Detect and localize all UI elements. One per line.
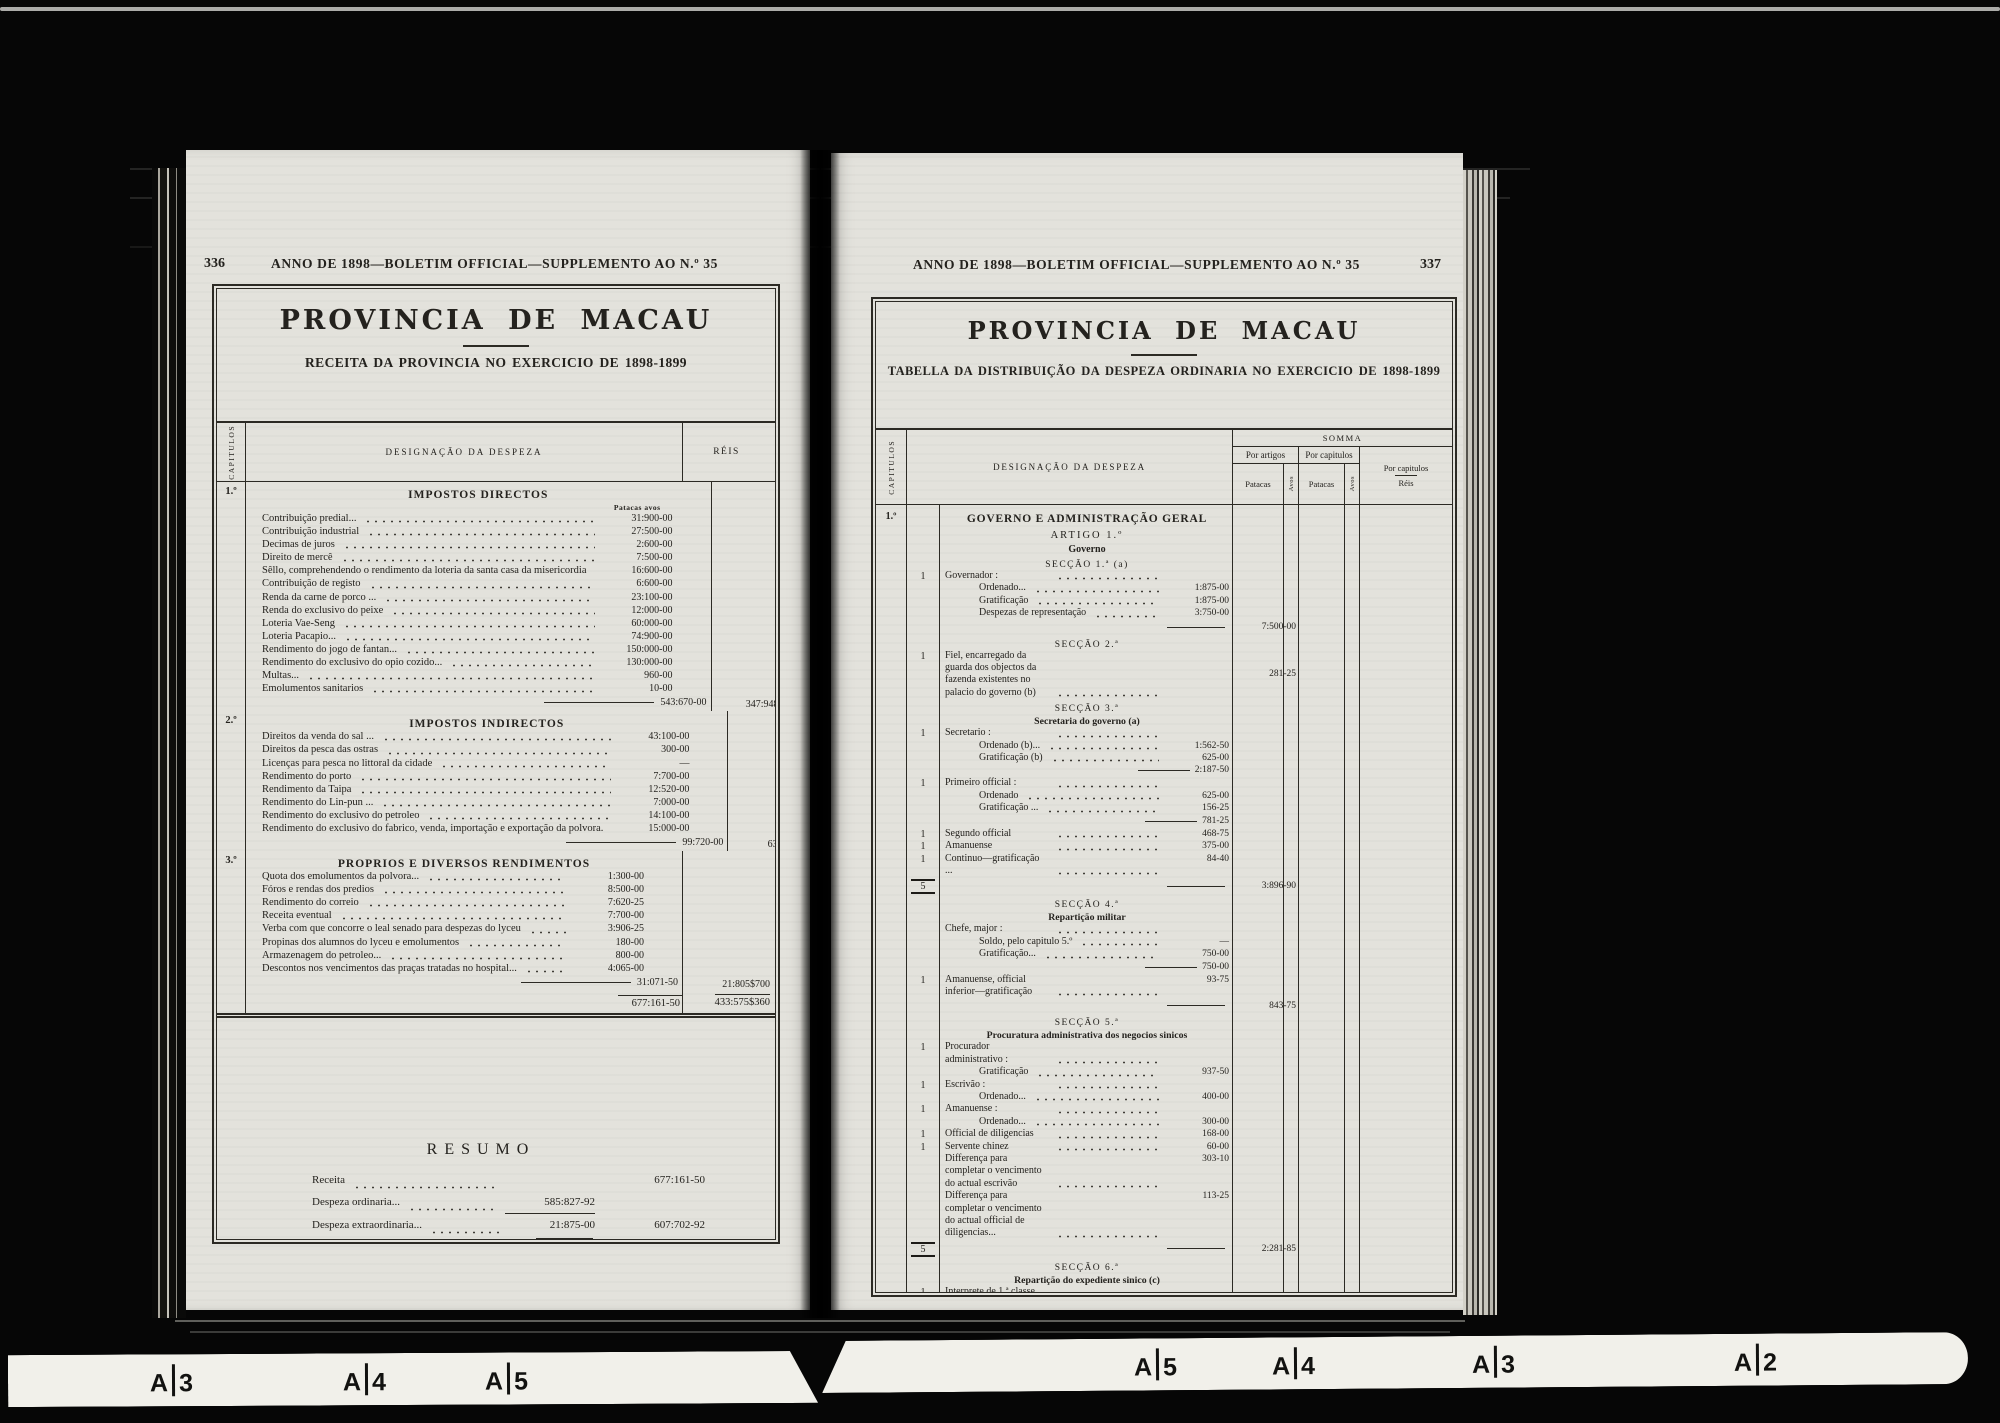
line-item-label: Direitos da venda do sal ...	[262, 730, 374, 743]
ruler-mark-tick	[1156, 1348, 1159, 1380]
entry-line: Primeiro official :	[945, 777, 1229, 789]
capitulos-header: CAPITULOS	[887, 440, 896, 495]
dot-leaders	[1056, 1231, 1159, 1238]
line-item-label: Rendimento do exclusivo do petroleo	[262, 809, 419, 822]
avos-cell	[1283, 777, 1298, 827]
section-total-rule	[1167, 886, 1225, 887]
avos-cell	[1283, 923, 1298, 973]
chapter-block: 1.ºIMPOSTOS DIRECTOSPatacas avosContribu…	[217, 482, 775, 711]
por-capitulos-cell	[1298, 699, 1344, 727]
entry-label: Fiel, encarregado da guarda dos objectos…	[945, 650, 1048, 700]
entry-count: 1	[907, 1142, 939, 1153]
entry-subtotal-value: 750-00	[1202, 961, 1229, 974]
avos-cell	[1283, 727, 1298, 777]
entry-row: 1Continuo—gratificação ...84-40	[907, 853, 1452, 878]
text-cell: Differença para completar o vencimento d…	[939, 1153, 1233, 1190]
por-artigos-group: Por artigos Patacas Avos	[1233, 447, 1298, 504]
por-capitulos-cell	[1298, 777, 1344, 827]
line-item: Quota dos emolumentos da polvora...1:300…	[250, 870, 678, 883]
text-cell: Official de diligencias168-00	[939, 1128, 1233, 1140]
dot-leaders	[1046, 806, 1159, 813]
grand-total-row: 677:161-50 433:575$360	[217, 991, 775, 1018]
receita-table: CAPITULOS DESIGNAÇÃO DA DESPEZA RÉIS 1.º…	[217, 421, 775, 1018]
por-artigos-cell	[1233, 895, 1283, 923]
line-item-label: Rendimento do jogo de fantan...	[262, 643, 397, 656]
reis-cell	[1359, 620, 1452, 635]
reis-cell	[1359, 1258, 1452, 1286]
por-capitulos-cell	[1298, 1013, 1344, 1041]
content-frame-inner: PROVINCIA DE MACAU RECEITA DA PROVINCIA …	[216, 288, 776, 1240]
chapter-heading-row: GOVERNO E ADMINISTRAÇÃO GERAL ARTIGO 1.º…	[907, 505, 1452, 555]
entry-row: 1Secretario :Ordenado (b)...1:562-50Grat…	[907, 727, 1452, 777]
line-item: Propinas dos alumnos do lyceu e emolumen…	[250, 936, 678, 949]
line-item-label: Contribuição industrial	[262, 525, 359, 538]
entry-count: 1	[907, 778, 939, 789]
por-artigos-cell	[1233, 1286, 1283, 1293]
header-dash	[1395, 475, 1417, 476]
line-item-label: Fóros e rendas dos predios	[262, 883, 374, 896]
section-heading-row: SECÇÃO 1.ª (a)	[907, 555, 1452, 570]
line-item-value: 12:000-00	[601, 604, 707, 617]
entry-sublines: Ordenado...300-00	[945, 1116, 1229, 1128]
entry-subline: Ordenado...300-00	[979, 1116, 1229, 1128]
count-cell: 1	[907, 1286, 939, 1293]
line-item-label: Emolumentos sanitarios	[262, 682, 363, 695]
count-cell: 1	[907, 1141, 939, 1153]
line-item-label: Renda do exclusivo do peixe	[262, 604, 383, 617]
reis-label: Réis	[1398, 478, 1413, 488]
ruler-mark: A3	[1472, 1346, 1515, 1380]
line-item: Rendimento do Lin-pun ...7:000-00	[250, 796, 723, 809]
avos-cell	[1283, 555, 1298, 570]
count-cell: 1	[907, 727, 939, 777]
entry-label: Official de diligencias	[945, 1128, 1048, 1140]
line-item-label: Loteria Vae-Seng	[262, 617, 335, 630]
entry-line: Fiel, encarregado da guarda dos objectos…	[945, 650, 1229, 700]
book-page-edges-right	[1463, 170, 1497, 1315]
por-artigos-cell	[1233, 635, 1283, 650]
ruler-mark-number: 5	[1163, 1353, 1177, 1381]
entry-line: Segundo official468-75	[945, 828, 1229, 840]
chapter-number: 1.º	[886, 511, 897, 522]
entry-line: Amanuense, official inferior—gratificaçã…	[945, 974, 1229, 999]
text-cell: SECÇÃO 6.ªRepartição do expediente sinic…	[939, 1258, 1233, 1286]
entry-value: 113-25	[1165, 1190, 1229, 1202]
por-capitulos-cell	[1298, 650, 1344, 700]
por-capitulos-subheaders: Patacas Avos	[1299, 464, 1359, 504]
dot-leaders	[450, 660, 594, 667]
text-cell: Differença para completar o vencimento d…	[939, 1190, 1233, 1240]
saldo-line: Saldo 69:758-58	[257, 1238, 705, 1240]
entry-row: 1Interprete de 1.ª classe, chefe :Ordena…	[907, 1286, 1452, 1293]
por-capitulos-reis-group: Por capitulos Réis	[1359, 447, 1452, 504]
count-cell: 1	[907, 1103, 939, 1128]
document-subtitle: RECEITA DA PROVINCIA NO EXERCICIO DE 189…	[217, 355, 775, 371]
line-item: Renda do exclusivo do peixe12:000-00	[250, 604, 707, 617]
dot-leaders	[1056, 868, 1159, 875]
document-title: PROVINCIA DE MACAU	[876, 316, 1452, 345]
text-cell: Amanuense, official inferior—gratificaçã…	[939, 974, 1233, 999]
por-capitulos-cell	[1298, 555, 1344, 570]
por-capitulos-cell	[1298, 853, 1344, 878]
ruler-mark-tick	[1756, 1344, 1759, 1376]
por-capitulos-cell	[1298, 923, 1344, 973]
dot-leaders	[389, 953, 566, 960]
currency-note: Patacas avos	[250, 503, 707, 512]
subline-value: 937-50	[1165, 1066, 1229, 1078]
avos-cell	[1283, 1079, 1298, 1104]
chapter-reis-cell: 63:820$800	[728, 711, 776, 851]
entry-label: Governador :	[945, 570, 1048, 582]
reis-cell	[1359, 505, 1452, 555]
subline-label: Gratificação ...	[979, 802, 1038, 814]
count-cell: 1	[907, 1041, 939, 1078]
avos-cell	[1344, 853, 1359, 878]
section-total-rule	[1167, 1005, 1225, 1006]
line-item-label: Rendimento do exclusivo do opio cozido..…	[262, 656, 442, 669]
avos-cell	[1344, 650, 1359, 700]
line-item-label: Multas...	[262, 669, 299, 682]
reis-cell	[1359, 1153, 1452, 1190]
text-cell: Primeiro official :Ordenado625-00Gratifi…	[939, 777, 1233, 827]
por-artigos-cell	[1233, 727, 1283, 777]
dot-leaders	[353, 1182, 499, 1189]
por-artigos-cell	[1233, 555, 1283, 570]
designacao-header: DESIGNAÇÃO DA DESPEZA	[906, 430, 1232, 504]
chapter-subtotal: 31:071-50	[250, 977, 678, 988]
por-capitulos-header: Por capitulos	[1299, 447, 1359, 464]
entry-row: Differença para completar o vencimento d…	[907, 1190, 1452, 1240]
entry-value: 468-75	[1165, 828, 1229, 840]
subtotal-rule	[1145, 821, 1197, 822]
dot-leaders	[341, 555, 595, 562]
line-item: Licenças para pesca no littoral da cidad…	[250, 757, 723, 770]
entry-count: 1	[907, 854, 939, 865]
section-total-row: 53:896-90	[907, 877, 1452, 895]
despeza-extraordinaria-value: 21:875-00	[505, 1213, 595, 1236]
dot-leaders	[1026, 793, 1159, 800]
entry-subline: Ordenado625-00	[979, 790, 1229, 802]
por-artigos-cell	[1233, 1190, 1283, 1240]
avos-cell	[1344, 727, 1359, 777]
entry-line: Continuo—gratificação ...84-40	[945, 853, 1229, 878]
avos-cell	[1283, 853, 1298, 878]
avos-cell	[1283, 1153, 1298, 1190]
line-item: Contribuição de registo6:600-00	[250, 577, 707, 590]
entry-subline: Ordenado (b)...1:562-50	[979, 740, 1229, 752]
por-artigos-cell: 2:281-85	[1233, 1240, 1283, 1258]
avos-cell	[1344, 570, 1359, 620]
text-cell: Segundo official468-75	[939, 828, 1233, 840]
entry-row: 1Primeiro official :Ordenado625-00Gratif…	[907, 777, 1452, 827]
reis-cell	[1359, 555, 1452, 570]
avos-cell	[1344, 1153, 1359, 1190]
line-item-value: 130:000-00	[601, 656, 707, 669]
subline-value: 1:562-50	[1165, 740, 1229, 752]
despeza-ordinaria-value: 585:827-92	[505, 1191, 595, 1213]
page-bottom-edge	[175, 1320, 1465, 1322]
section-heading: SECÇÃO 3.ª	[945, 699, 1229, 714]
avos-cell	[1344, 635, 1359, 650]
line-item-value: 31:900-00	[601, 512, 707, 525]
book-gutter-shadow	[800, 150, 840, 1318]
avos-cell	[1283, 1041, 1298, 1078]
subline-label: Ordenado	[979, 790, 1018, 802]
section-heading-row: SECÇÃO 5.ªProcuratura administrativa dos…	[907, 1013, 1452, 1041]
film-edge-line	[0, 7, 2000, 11]
line-item-label: Armazenagem do petroleo...	[262, 949, 381, 962]
line-item-value: 16:600-00	[601, 564, 707, 577]
entry-sublines: Ordenado (b)...1:562-50Gratificação (b)6…	[945, 740, 1229, 765]
por-artigos-cell	[1233, 699, 1283, 727]
subline-label: Ordenado...	[979, 582, 1026, 594]
reis-cell	[1359, 923, 1452, 973]
dot-leaders	[359, 774, 611, 781]
reis-cell	[1359, 840, 1452, 852]
table-main-column: GOVERNO E ADMINISTRAÇÃO GERAL ARTIGO 1.º…	[906, 505, 1452, 1293]
entry-subline: Gratificação1:875-00	[979, 595, 1229, 607]
avos-cell	[1283, 1103, 1298, 1128]
line-item-value: 8:500-00	[572, 883, 678, 896]
grand-total-cap-cell	[217, 991, 245, 1013]
line-item-label: Propinas dos alumnos do lyceu e emolumen…	[262, 936, 459, 949]
chapter-reis-value: 347:948$800	[746, 699, 776, 710]
avos-cell	[1283, 895, 1298, 923]
line-item-value: 23:100-00	[601, 591, 707, 604]
line-item-value: 150:000-00	[601, 643, 707, 656]
chapter-subtotal-value: 99:720-00	[682, 837, 723, 848]
ruler-mark: A5	[485, 1362, 528, 1396]
line-item: Contribuição predial...31:900-00	[250, 512, 707, 525]
avos-cell	[1283, 699, 1298, 727]
dot-leaders	[371, 686, 594, 693]
ruler-mark-letter: A	[1272, 1352, 1290, 1380]
film-ruler-left-segment: A3A4A5	[8, 1351, 820, 1407]
section-heading: SECÇÃO 1.ª (a)	[945, 555, 1229, 570]
somma-header-group: SOMMA Por artigos Patacas Avos	[1232, 430, 1452, 504]
subtotal-rule	[521, 982, 631, 983]
dot-leaders	[1056, 731, 1159, 738]
line-item: Verba com que concorre o leal senado par…	[250, 922, 678, 935]
line-item-value: 74:900-00	[601, 630, 707, 643]
line-item-value: 7:620-25	[572, 896, 678, 909]
reis-cell	[1359, 1190, 1452, 1240]
avos-header: Avos	[1349, 476, 1356, 491]
ruler-mark: A3	[150, 1364, 193, 1398]
text-cell: Amanuense :Ordenado...300-00	[939, 1103, 1233, 1128]
dot-leaders	[343, 542, 595, 549]
entry-sublines: Ordenado625-00Gratificação ...156-25	[945, 790, 1229, 815]
patacas-header: Patacas	[1299, 464, 1344, 504]
por-artigos-cell	[1233, 840, 1283, 852]
line-item-value: —	[617, 757, 723, 770]
running-head: ANNO DE 1898—BOLETIM OFFICIAL—SUPPLEMENT…	[913, 257, 1360, 273]
entry-value: 60-00	[1165, 1141, 1229, 1153]
dot-leaders	[1056, 1082, 1159, 1089]
ruler-mark-letter: A	[343, 1368, 361, 1396]
line-item-label: Rendimento do Lin-pun ...	[262, 796, 373, 809]
text-cell: Secretario :Ordenado (b)...1:562-50Grati…	[939, 727, 1233, 777]
line-item-value: 43:100-00	[617, 730, 723, 743]
section-heading-row: SECÇÃO 3.ªSecretaria do governo (a)	[907, 699, 1452, 727]
avos-cell	[1283, 828, 1298, 840]
chapter-subtotal-value: 543:670-00	[660, 697, 706, 708]
dot-leaders	[340, 913, 566, 920]
entry-label: Amanuense	[945, 840, 1048, 852]
por-capitulos-label: Por capitulos	[1384, 463, 1429, 473]
dot-leaders	[1051, 755, 1159, 762]
chapter-reis-cell: 347:948$800	[712, 482, 776, 711]
entry-count: 1	[907, 1042, 939, 1053]
reis-cell	[1359, 777, 1452, 827]
table-body: 1.º 1 GOVERNO E ADMINISTRAÇÃO GERAL ARTI…	[876, 505, 1452, 1293]
count-cell: 1	[907, 650, 939, 700]
por-capitulos-cell	[1298, 1079, 1344, 1104]
subline-value: 156-25	[1165, 802, 1229, 814]
ruler-mark-number: 4	[1301, 1352, 1315, 1380]
dot-leaders	[1056, 927, 1159, 934]
por-artigos-cell	[1233, 1103, 1283, 1128]
count-cell: 1	[907, 1079, 939, 1104]
line-item: Direito de mercê7:500-00	[250, 551, 707, 564]
table-header: CAPITULOS DESIGNAÇÃO DA DESPEZA SOMMA Po…	[876, 430, 1452, 505]
avos-header-cell: Avos	[1344, 464, 1359, 504]
entry-line: Procurador administrativo :	[945, 1041, 1229, 1066]
capitulos-body-column: 1.º 1	[876, 505, 906, 1293]
por-artigos-header: Por artigos	[1233, 447, 1298, 464]
entry-count: 1	[907, 1104, 939, 1115]
entry-line: Secretario :	[945, 727, 1229, 739]
entry-line: Chefe, major :	[945, 923, 1229, 935]
por-artigos-cell: 7:500-00	[1233, 620, 1283, 635]
entry-subline: Despezas de representação3:750-00	[979, 607, 1229, 619]
reis-cell	[1359, 895, 1452, 923]
somma-header: SOMMA	[1233, 430, 1452, 447]
count-cell: 1	[907, 974, 939, 999]
count-cell: 1	[907, 828, 939, 840]
line-item-value: 800-00	[572, 949, 678, 962]
por-artigos-cell	[1233, 1153, 1283, 1190]
entry-label: Amanuense, official inferior—gratificaçã…	[945, 974, 1048, 999]
table-header: CAPITULOS DESIGNAÇÃO DA DESPEZA RÉIS	[217, 423, 775, 482]
avos-cell	[1344, 877, 1359, 895]
line-item-value: 960-00	[601, 669, 707, 682]
line-item: Receita eventual7:700-00	[250, 909, 678, 922]
line-item: Fóros e rendas dos predios8:500-00	[250, 883, 678, 896]
text-cell: Chefe, major :Soldo, pelo capitulo 5.º—G…	[939, 923, 1233, 973]
count-cell	[907, 1153, 939, 1190]
chapter-heading: IMPOSTOS DIRECTOS	[250, 482, 707, 501]
reis-cell	[1359, 1240, 1452, 1258]
chapter-subtotal: 99:720-00	[250, 837, 723, 848]
text-cell: SECÇÃO 4.ªRepartição militar	[939, 895, 1233, 923]
dot-leaders	[1034, 1119, 1159, 1126]
section-heading-row: SECÇÃO 4.ªRepartição militar	[907, 895, 1452, 923]
capitulos-header-cell: CAPITULOS	[876, 430, 906, 504]
subtotal-rule	[544, 702, 654, 703]
por-artigos-cell	[1233, 1258, 1283, 1286]
subline-label: Gratificação	[979, 1066, 1028, 1078]
section-total-rule	[1167, 627, 1225, 628]
section-total-rule	[1167, 1248, 1225, 1249]
line-item: Direitos da venda do sal ...43:100-00	[250, 730, 723, 743]
subtotal-rule	[566, 842, 676, 843]
dot-leaders	[359, 787, 611, 794]
line-item-label: Renda da carne de porco ...	[262, 591, 376, 604]
avos-cell	[1344, 1079, 1359, 1104]
entry-count: 1	[907, 1129, 939, 1140]
chapter-designacao: IMPOSTOS INDIRECTOSDireitos da venda do …	[245, 711, 728, 851]
por-artigos-cell: 843-75	[1233, 998, 1283, 1013]
entry-sublines: Gratificação937-50	[945, 1066, 1229, 1078]
dot-leaders	[369, 582, 595, 589]
avos-cell	[1344, 505, 1359, 555]
por-capitulos-cell	[1298, 1286, 1344, 1293]
avos-cell	[1344, 620, 1359, 635]
capitulos-header: CAPITULOS	[227, 425, 236, 480]
capitulos-header-cell: CAPITULOS	[217, 423, 245, 481]
line-item: Descontos nos vencimentos das praças tra…	[250, 962, 678, 975]
line-item-value: 7:500-00	[601, 551, 707, 564]
entry-label: Procurador administrativo :	[945, 1041, 1048, 1066]
count-cell	[907, 923, 939, 973]
reis-cell	[1359, 1128, 1452, 1140]
avos-cell	[1344, 1013, 1359, 1041]
entry-subline: Gratificação...750-00	[979, 948, 1229, 960]
patacas-header: Patacas	[1233, 464, 1283, 504]
count-cell: 1	[907, 777, 939, 827]
chapter-reis-value: 63:820$800	[768, 839, 776, 850]
count-cell	[907, 620, 939, 635]
text-cell: Interprete de 1.ª classe, chefe :Ordenad…	[939, 1286, 1233, 1293]
reis-cell	[1359, 570, 1452, 620]
document-title: PROVINCIA DE MACAU	[217, 305, 775, 336]
section-artigos-total: 843-75	[1269, 1001, 1296, 1011]
section-total-row: 52:281-85	[907, 1240, 1452, 1258]
entry-row: 1Official de diligencias168-00	[907, 1128, 1452, 1140]
line-item-label: Sêllo, comprehendendo o rendimento da lo…	[262, 564, 587, 577]
chapter-heading: IMPOSTOS INDIRECTOS	[250, 711, 723, 730]
chapter-number: 1.º	[217, 482, 245, 711]
text-cell: Servente chinez60-00	[939, 1141, 1233, 1153]
dot-leaders	[1048, 743, 1159, 750]
section-artigos-total: 3:896-90	[1262, 881, 1296, 891]
line-item-label: Contribuição predial...	[262, 512, 356, 525]
reis-cell	[1359, 828, 1452, 840]
subline-value: 3:750-00	[1165, 607, 1229, 619]
avos-cell	[1344, 1103, 1359, 1128]
subline-label: Ordenado...	[979, 1116, 1026, 1128]
line-item-label: Decimas de juros	[262, 538, 335, 551]
entry-count: 1	[907, 651, 939, 662]
despeza-table: CAPITULOS DESIGNAÇÃO DA DESPEZA SOMMA Po…	[876, 428, 1452, 1293]
microfilm-scan: 336 ANNO DE 1898—BOLETIM OFFICIAL—SUPPLE…	[0, 0, 2000, 1423]
por-capitulos-cell	[1298, 635, 1344, 650]
text-cell: Amanuense375-00	[939, 840, 1233, 852]
page-337: ANNO DE 1898—BOLETIM OFFICIAL—SUPPLEMENT…	[831, 153, 1463, 1310]
chapter-number: 3.º	[217, 851, 245, 991]
count-cell	[907, 505, 939, 555]
content-frame: PROVINCIA DE MACAU RECEITA DA PROVINCIA …	[212, 284, 780, 1244]
entry-subline: Soldo, pelo capitulo 5.º—	[979, 936, 1229, 948]
por-artigos-cell	[1233, 1013, 1283, 1041]
resumo-line-despeza-ordinaria: Despeza ordinaria... 585:827-92	[257, 1191, 705, 1213]
section-heading: SECÇÃO 5.ª	[945, 1013, 1229, 1028]
entry-row: 1Procurador administrativo :Gratificação…	[907, 1041, 1452, 1078]
dot-leaders	[1056, 1144, 1159, 1151]
entry-label: Continuo—gratificação ...	[945, 853, 1048, 878]
avos-cell	[1344, 1286, 1359, 1293]
